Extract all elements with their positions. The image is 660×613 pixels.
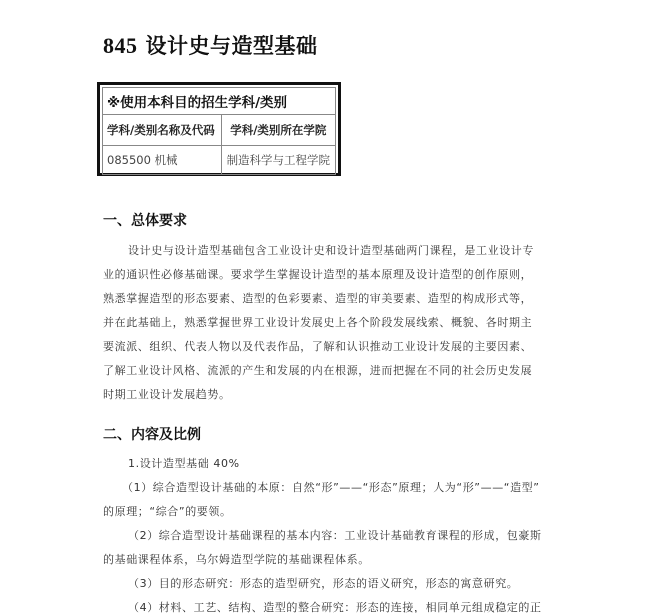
paragraph-line: 熟悉掌握造型的形态要素、造型的色彩要素、造型的审美要素、造型的构成形式等，: [103, 290, 532, 306]
paragraph-line: 设计史与设计造型基础包含工业设计史和设计造型基础两门课程，是工业设计专: [128, 242, 534, 258]
section-heading-content: 二、内容及比例: [103, 424, 201, 444]
subject-table-header: ※使用本科目的招生学科/类别: [103, 88, 336, 115]
table-row: 085500 机械 制造科学与工程学院: [103, 146, 336, 175]
cell-code-name: 085500 机械: [103, 146, 222, 175]
paragraph-line: （1）综合造型设计基础的本原：自然“形”——“形态”原理；人为“形”——“造型”: [122, 479, 540, 495]
paragraph-line: 了解工业设计风格、流派的产生和发展的内在根源，进而把握在不同的社会历史发展: [103, 362, 532, 378]
paragraph-line: 的基础课程体系，乌尔姆造型学院的基础课程体系。: [103, 551, 370, 567]
paragraph-line: 时期工业设计发展趋势。: [103, 386, 231, 402]
paragraph-line: （4）材料、工艺、结构、造型的整合研究：形态的连接，相同单元组成稳定的正: [128, 599, 542, 613]
paragraph-line: 并在此基础上，熟悉掌握世界工业设计发展史上各个阶段发展线索、概貌、各时期主: [103, 314, 532, 330]
subject-table: ※使用本科目的招生学科/类别 学科/类别名称及代码 学科/类别所在学院 0855…: [102, 87, 336, 175]
cell-college: 制造科学与工程学院: [221, 146, 335, 175]
paragraph-line: （3）目的形态研究：形态的造型研究，形态的语义研究，形态的寓意研究。: [128, 575, 518, 591]
paragraph-line: 业的通识性必修基础课。要求学生掌握设计造型的基本原理及设计造型的创作原则，: [103, 266, 532, 282]
subject-table-frame: ※使用本科目的招生学科/类别 学科/类别名称及代码 学科/类别所在学院 0855…: [97, 82, 341, 176]
document-title: 845设计史与造型基础: [103, 30, 318, 60]
column-header-code-name: 学科/类别名称及代码: [103, 115, 222, 146]
paragraph-line: （2）综合造型设计基础课程的基本内容：工业设计基础教育课程的形成，包豪斯: [128, 527, 542, 543]
title-code: 845: [103, 33, 138, 58]
paragraph-line: 的原理；“综合”的要领。: [103, 503, 232, 519]
paragraph-line: 要流派、组织、代表人物以及代表作品，了解和认识推动工业设计发展的主要因素、: [103, 338, 532, 354]
title-text: 设计史与造型基础: [146, 34, 318, 58]
column-header-college: 学科/类别所在学院: [221, 115, 335, 146]
section-heading-general: 一、总体要求: [103, 210, 187, 230]
subsection-heading: 1.设计造型基础 40%: [128, 455, 240, 471]
